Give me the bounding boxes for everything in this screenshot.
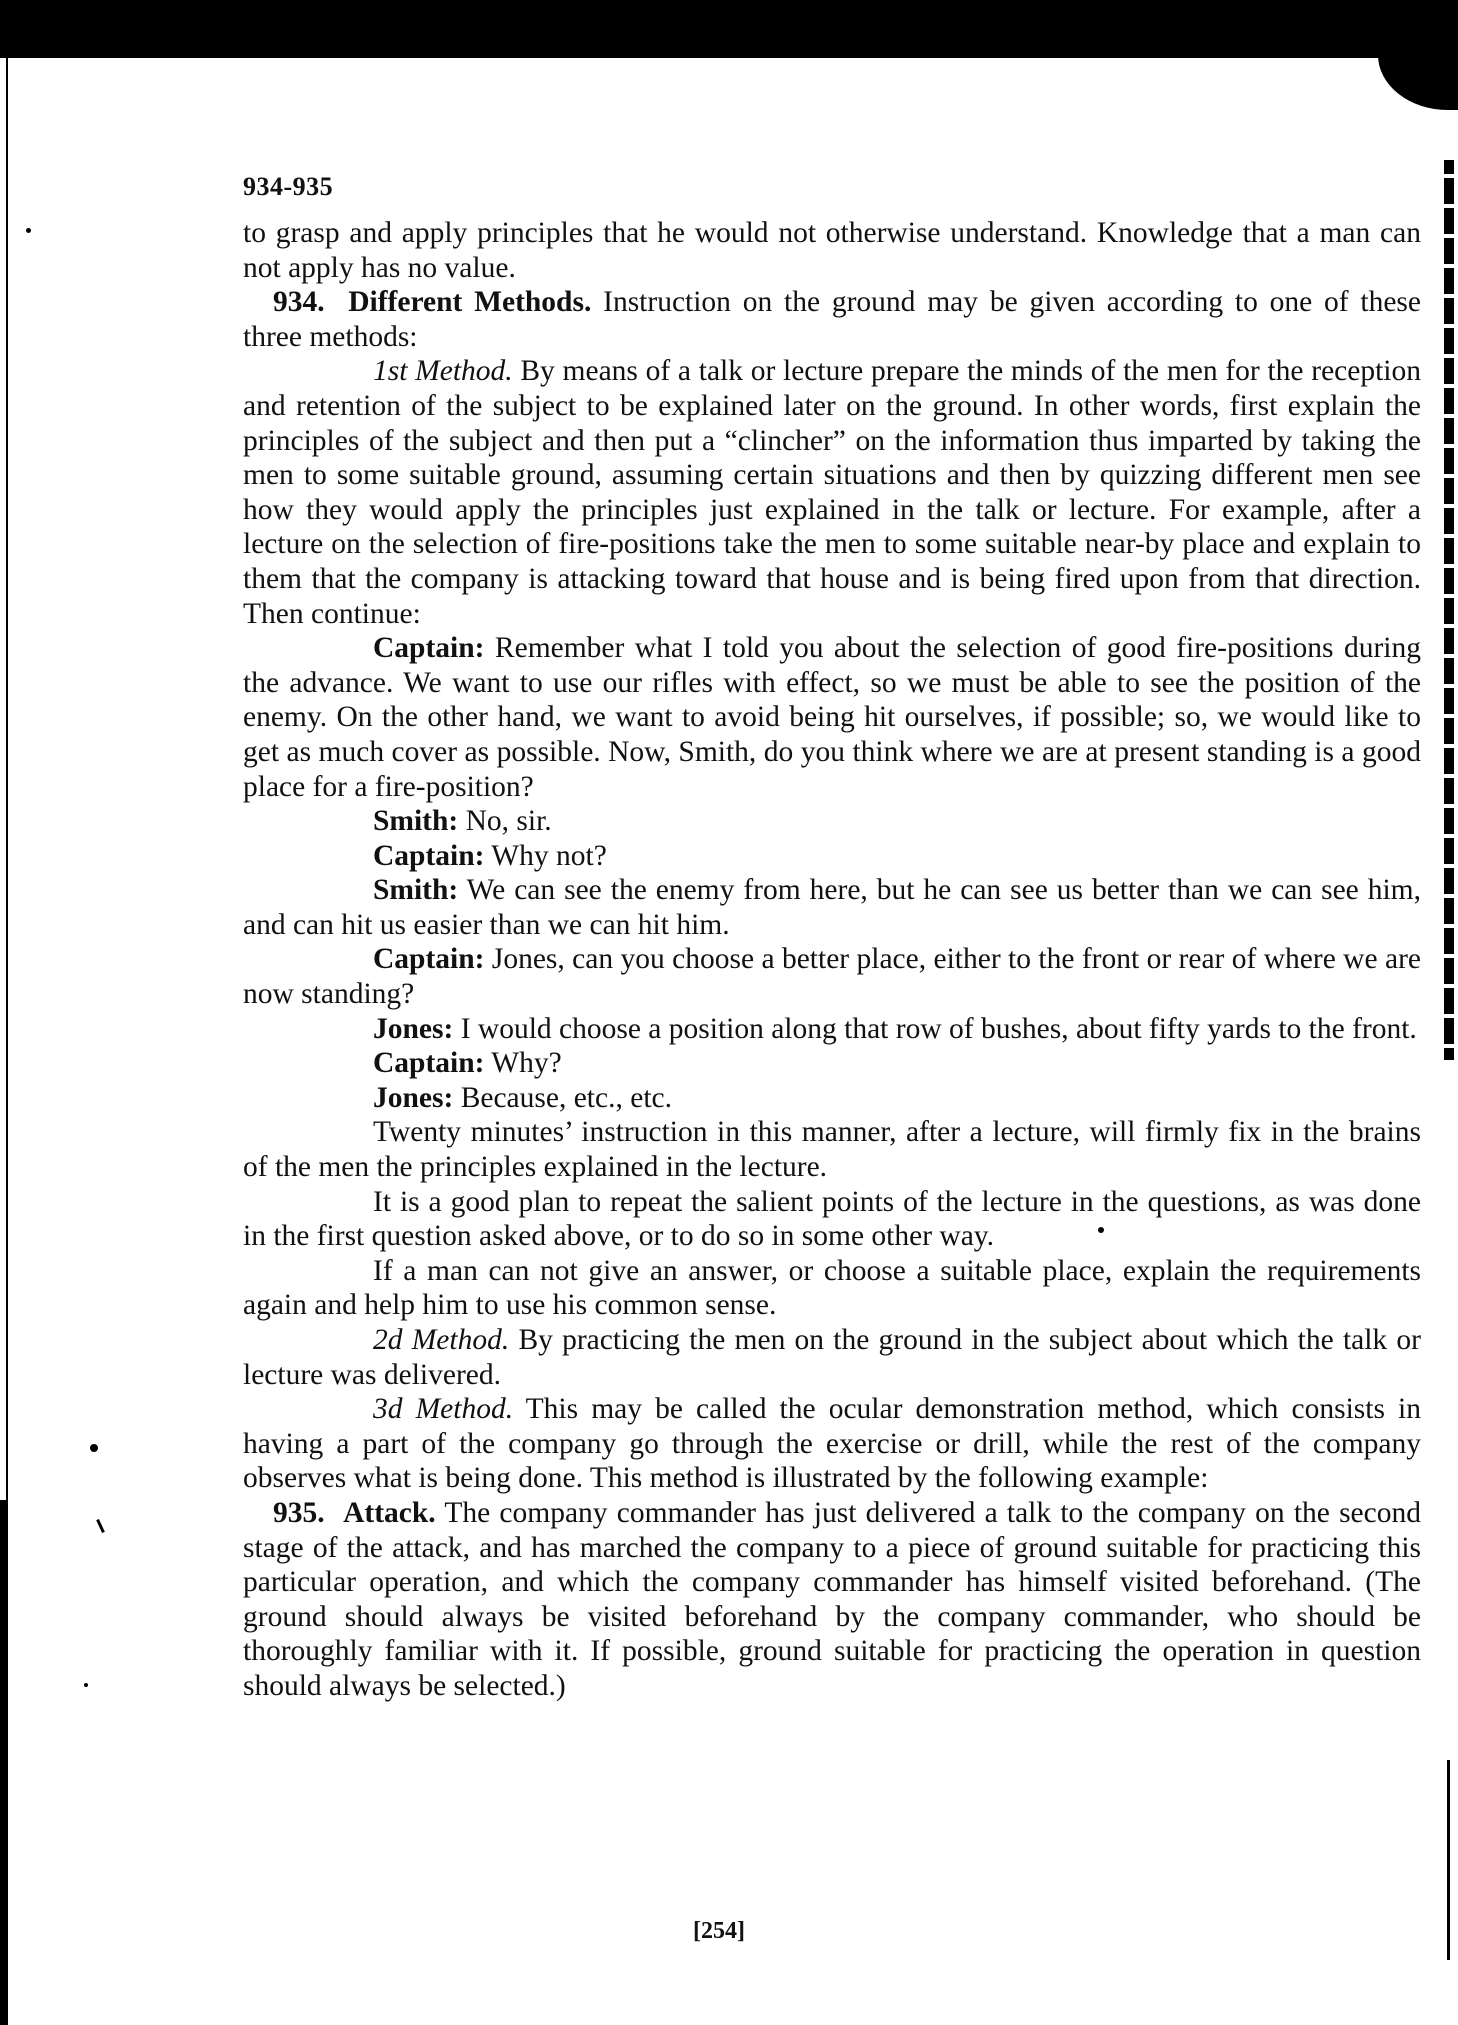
dialogue-line: Captain: Why?: [243, 1046, 1421, 1081]
method-2: 2d Method. By practicing the men on the …: [243, 1323, 1421, 1392]
speaker: Smith:: [373, 874, 458, 906]
dialogue-line: Smith: We can see the enemy from here, b…: [243, 873, 1421, 942]
speech: Why not?: [484, 840, 606, 872]
method-1: 1st Method. By means of a talk or lectur…: [243, 354, 1421, 631]
section-number: 934.: [273, 286, 325, 318]
scan-page-curl: [1378, 50, 1458, 110]
paragraph-if-a-man: If a man can not give an answer, or choo…: [243, 1254, 1421, 1323]
method-label: 1st Method.: [373, 355, 513, 387]
speaker: Captain:: [373, 943, 484, 975]
method-label: 2d Method.: [373, 1324, 509, 1356]
paragraph-good-plan: It is a good plan to repeat the salient …: [243, 1185, 1421, 1254]
section-title: Different Methods.: [348, 286, 591, 318]
dialogue-line: Smith: No, sir.: [243, 804, 1421, 839]
dialogue-line: Captain: Remember what I told you about …: [243, 631, 1421, 804]
dialogue-line: Captain: Why not?: [243, 839, 1421, 874]
scan-speck: [90, 1444, 98, 1452]
scan-top-border: [0, 0, 1458, 58]
speaker: Smith:: [373, 805, 458, 837]
speaker: Jones:: [373, 1082, 453, 1114]
paragraph-continuation: to grasp and apply principles that he wo…: [243, 216, 1421, 285]
speech: No, sir.: [458, 805, 551, 837]
running-head: 934-935: [243, 172, 1421, 202]
speaker: Captain:: [373, 1047, 484, 1079]
method-3: 3d Method. This may be called the ocular…: [243, 1392, 1421, 1496]
scan-speck: [26, 228, 31, 233]
speaker: Captain:: [373, 840, 484, 872]
dialogue-line: Jones: Because, etc., etc.: [243, 1081, 1421, 1116]
method-text: By means of a talk or lecture prepare th…: [243, 355, 1421, 629]
dialogue-line: Jones: I would choose a position along t…: [243, 1012, 1421, 1047]
speech: Because, etc., etc.: [453, 1082, 672, 1114]
section-title: Attack.: [343, 1497, 436, 1529]
scan-left-edge-shadow: [0, 1500, 8, 2025]
method-label: 3d Method.: [373, 1393, 513, 1425]
dialogue-line: Captain: Jones, can you choose a better …: [243, 942, 1421, 1011]
page-number-text: [254]: [693, 1918, 745, 1944]
scan-speck: [96, 1519, 105, 1533]
book-page: 934-935 to grasp and apply principles th…: [243, 172, 1421, 1704]
page-number: [254]: [0, 1918, 1458, 1945]
speaker: Captain:: [373, 632, 484, 664]
section-number: 935.: [273, 1497, 325, 1529]
speaker: Jones:: [373, 1013, 453, 1045]
speech: I would choose a position along that row…: [453, 1013, 1417, 1045]
scan-speck: [84, 1683, 88, 1687]
section-935: 935. Attack. The company commander has j…: [243, 1496, 1421, 1704]
section-934: 934. Different Methods. Instruction on t…: [243, 285, 1421, 354]
paragraph-twenty-minutes: Twenty minutes’ instruction in this mann…: [243, 1115, 1421, 1184]
scan-right-edge: [1444, 160, 1454, 1060]
speech: Why?: [484, 1047, 561, 1079]
